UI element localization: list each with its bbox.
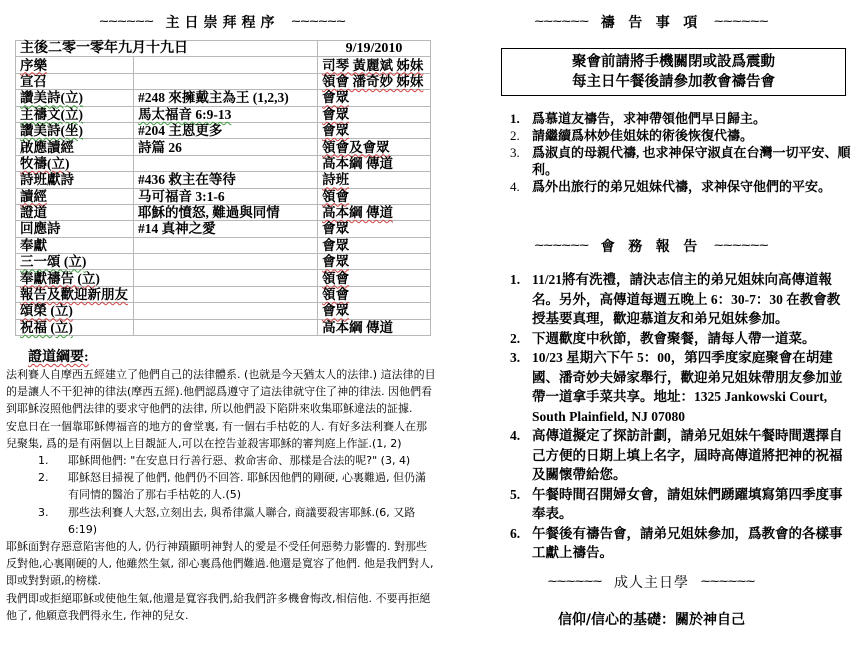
prayer-notice-box: 聚會前請將手機關閉或設爲震動 每主日午餐後請參加教會禱告會 <box>501 48 846 96</box>
order-leader: 會眾 <box>322 123 349 138</box>
item-number: 4. <box>510 426 520 446</box>
order-item: 牧禱(立) <box>20 156 70 171</box>
order-item: 宣召 <box>16 73 134 89</box>
outline-paragraph: 耶穌面對存惡意陷害他的人, 仍行神蹟顯明神對人的愛是不受任何惡勢力影響的. 對那… <box>6 538 436 590</box>
item-text: 高傳道擬定了探訪計劃，請弟兄姐妹午餐時間選擇自己方便的日期上填上名字，屆時高傳道… <box>532 428 843 482</box>
outline-points: 耶穌問他們: "在安息日行善行惡、救命害命、那樣是合法的呢?" (3, 4) 耶… <box>6 452 436 538</box>
announcements-header: ⁓⁓⁓⁓⁓⁓ 會 務 報 告 ⁓⁓⁓⁓⁓⁓ <box>440 236 863 256</box>
item-text: 10/23 星期六下午 5：00，第四季度家庭聚會在胡建國、潘奇妙夫婦家舉行，歡… <box>532 350 843 424</box>
table-header-row: 主後二零一零年九月十九日 9/19/2010 <box>16 41 431 57</box>
order-content <box>133 303 317 319</box>
right-column: ⁓⁓⁓⁓⁓⁓ 禱 告 事 項 ⁓⁓⁓⁓⁓⁓ 聚會前請將手機關閉或設爲震動 每主日… <box>440 0 863 653</box>
adult-school-header: ⁓⁓⁓⁓⁓⁓ 成人主日學 ⁓⁓⁓⁓⁓⁓ <box>440 572 863 592</box>
order-item: 回應詩 <box>16 221 134 237</box>
date: 9/19/2010 <box>318 41 431 57</box>
item-number: 5. <box>510 485 520 505</box>
order-leader: 會眾 <box>322 107 349 122</box>
item-number: 2. <box>510 329 520 349</box>
order-item: 讀經 <box>20 189 47 204</box>
ornament-right-icon: ⁓⁓⁓⁓⁓⁓ <box>292 17 346 27</box>
item-text: 爲外出旅行的弟兄姐妹代禱，求神保守他們的平安。 <box>532 179 831 194</box>
adult-school-title: 成人主日學 <box>614 572 689 592</box>
list-item: 3.10/23 星期六下午 5：00，第四季度家庭聚會在胡建國、潘奇妙夫婦家舉行… <box>510 348 850 426</box>
notice-line: 每主日午餐後請參加教會禱告會 <box>502 72 845 92</box>
item-number: 3. <box>510 144 520 161</box>
outline-point: 耶穌問他們: "在安息日行善行惡、救命害命、那樣是合法的呢?" (3, 4) <box>52 452 436 469</box>
table-row: 啟應讀經詩篇 26領會及會眾 <box>16 139 431 155</box>
order-leader: 詩班 <box>322 172 349 187</box>
outline-paragraph: 法利賽人自摩西五經建立了他們自己的法律體系. (也就是今天猶太人的法律.) 這法… <box>6 366 436 418</box>
list-item: 3.爲淑貞的母親代禱, 也求神保守淑貞在台灣一切平安、順利。 <box>510 144 855 178</box>
list-item: 4.爲外出旅行的弟兄姐妹代禱，求神保守他們的平安。 <box>510 178 855 195</box>
item-text: 爲淑貞的母親代禱, 也求神保守淑貞在台灣一切平安、順利。 <box>532 145 851 177</box>
order-content <box>133 286 317 302</box>
item-number: 4. <box>510 178 520 195</box>
table-row: 讚美詩(立)#248 來擁戴主為王 (1,2,3)會眾 <box>16 90 431 106</box>
table-row: 祝福 (立)高本綱 傳道 <box>16 319 431 335</box>
list-item: 2.請繼續爲林妙佳姐妹的術後恢復代禱。 <box>510 127 855 144</box>
outline-point: 耶穌怒目掃視了他們, 他們仍不回答. 耶穌因他們的剛硬, 心裏難過, 但仍滿有同… <box>52 469 436 503</box>
order-item: 詩班獻詩 <box>16 172 134 188</box>
item-text: 11/21將有洗禮，請決志信主的弟兄姐妹向高傳道報名。另外，高傳道每週五晚上 6… <box>532 272 840 326</box>
ornament-right-icon: ⁓⁓⁓⁓⁓⁓ <box>714 241 768 251</box>
ornament-left-icon: ⁓⁓⁓⁓⁓⁓ <box>535 241 589 251</box>
order-item: 報告及歡迎新朋友 <box>20 287 128 302</box>
item-text: 請繼續爲林妙佳姐妹的術後恢復代禱。 <box>532 128 753 143</box>
order-item: 奉獻 <box>16 237 134 253</box>
table-row: 主禱文(立)馬太福音 6:9-13會眾 <box>16 106 431 122</box>
table-row: 頌榮 (立)會眾 <box>16 303 431 319</box>
order-content <box>133 270 317 286</box>
table-row: 牧禱(立)高本綱 傳道 <box>16 155 431 171</box>
outline-paragraph: 安息日在一個靠耶穌傳福音的地方的會堂裏, 有一個右手枯乾的人. 有好多法利賽人在… <box>6 418 436 452</box>
order-content <box>133 254 317 270</box>
order-content: #436 救主在等待 <box>133 172 317 188</box>
order-leader: 會眾 <box>318 221 431 237</box>
table-row: 奉獻禱告 (立)領會 <box>16 270 431 286</box>
outline-paragraph: 我們即或拒絕耶穌或使他生氣,他還是寬容我們,給我們許多機會悔改,相信他. 不要再… <box>6 590 436 624</box>
item-number: 2. <box>510 127 520 144</box>
order-leader: 會眾 <box>318 237 431 253</box>
ornament-right-icon: ⁓⁓⁓⁓⁓⁓ <box>701 577 755 587</box>
list-item: 1.爲慕道友禱告，求神帶領他們早日歸主。 <box>510 110 855 127</box>
table-row: 詩班獻詩#436 救主在等待詩班 <box>16 172 431 188</box>
table-row: 回應詩#14 真神之愛會眾 <box>16 221 431 237</box>
list-item: 2.下週歡度中秋節，教會聚餐，請每人帶一道菜。 <box>510 329 850 349</box>
adult-school-topic: 信仰/信心的基礎：關於神自己 <box>440 609 863 629</box>
order-content <box>133 319 317 335</box>
list-item: 6.午餐後有禱告會，請弟兄姐妹參加，爲教會的各樣事工獻上禱告。 <box>510 524 850 563</box>
prayer-list: 1.爲慕道友禱告，求神帶領他們早日歸主。 2.請繼續爲林妙佳姐妹的術後恢復代禱。… <box>510 110 855 195</box>
table-row: 讚美詩(坐)#204 主恩更多會眾 <box>16 122 431 138</box>
order-content: 馬太福音 6:9-13 <box>138 107 231 122</box>
order-leader: 司琴 黃麗斌 姊妹 <box>322 58 423 73</box>
order-leader: 領會 <box>322 271 349 286</box>
announcements-list: 1.11/21將有洗禮，請決志信主的弟兄姐妹向高傳道報名。另外，高傳道每週五晚上… <box>510 270 850 563</box>
order-item: 證道 <box>16 204 134 220</box>
sermon-outline-heading: 證道綱要: <box>28 350 89 365</box>
item-number: 6. <box>510 524 520 544</box>
order-content <box>133 155 317 171</box>
worship-order-title: 主日崇拜程序 <box>166 12 280 32</box>
order-content: #248 來擁戴主為王 (1,2,3) <box>133 90 317 106</box>
order-content: #14 真神之愛 <box>133 221 317 237</box>
left-column: ⁓⁓⁓⁓⁓⁓ 主日崇拜程序 ⁓⁓⁓⁓⁓⁓ 主後二零一零年九月十九日 9/19/2… <box>0 0 440 653</box>
list-item: 5.午餐時間召開婦女會，請姐妹們踴躍填寫第四季度事奉表。 <box>510 485 850 524</box>
order-leader: 會眾 <box>322 303 349 318</box>
table-row: 報告及歡迎新朋友領會 <box>16 286 431 302</box>
order-leader: 高本綱 傳道 <box>322 205 393 220</box>
item-number: 1. <box>510 270 520 290</box>
worship-order-header: ⁓⁓⁓⁓⁓⁓ 主日崇拜程序 ⁓⁓⁓⁓⁓⁓ <box>15 12 430 32</box>
order-content: 詩篇 26 <box>133 139 317 155</box>
table-row: 序樂司琴 黃麗斌 姊妹 <box>16 57 431 73</box>
order-content <box>133 57 317 73</box>
outline-point: 那些法利賽人大怒,立刻出去, 與希律黨人聯合, 商議要殺害耶穌.(6, 又路 6… <box>52 504 436 538</box>
worship-order-table: 主後二零一零年九月十九日 9/19/2010 序樂司琴 黃麗斌 姊妹 宣召領會 … <box>15 40 431 336</box>
table-row: 讀經马可福音 3:1-6領會 <box>16 188 431 204</box>
order-content <box>133 73 317 89</box>
ornament-right-icon: ⁓⁓⁓⁓⁓⁓ <box>714 17 768 27</box>
order-item: 頌榮 (立) <box>20 303 73 318</box>
order-leader: 領會及會眾 <box>322 140 390 155</box>
item-text: 下週歡度中秋節，教會聚餐，請每人帶一道菜。 <box>532 331 816 346</box>
prayer-title: 禱 告 事 項 <box>601 12 703 32</box>
table-row: 宣召領會 潘奇妙 姊妹 <box>16 73 431 89</box>
order-item: 祝福 (立) <box>20 320 73 335</box>
order-leader: 領會 <box>322 189 349 204</box>
order-item: 奉獻禱告 (立) <box>20 271 100 286</box>
list-item: 1.11/21將有洗禮，請決志信主的弟兄姐妹向高傳道報名。另外，高傳道每週五晚上… <box>510 270 850 329</box>
list-item: 4.高傳道擬定了探訪計劃，請弟兄姐妹午餐時間選擇自己方便的日期上填上名字，屆時高… <box>510 426 850 485</box>
table-row: 三一頌 (立)會眾 <box>16 254 431 270</box>
order-item: 讚美詩(坐) <box>20 123 83 138</box>
item-text: 午餐後有禱告會，請弟兄姐妹參加，爲教會的各樣事工獻上禱告。 <box>532 526 843 561</box>
order-leader: 高本綱 傳道 <box>318 155 431 171</box>
order-item: 序樂 <box>20 58 47 73</box>
prayer-header: ⁓⁓⁓⁓⁓⁓ 禱 告 事 項 ⁓⁓⁓⁓⁓⁓ <box>440 12 863 32</box>
order-content <box>133 237 317 253</box>
order-item: 三一頌 (立) <box>20 254 86 269</box>
order-leader: 領會 潘奇妙 姊妹 <box>322 74 423 89</box>
date-chinese: 主後二零一零年九月十九日 <box>16 41 318 57</box>
announcements-title: 會 務 報 告 <box>601 236 703 256</box>
order-item: 讚美詩(立) <box>20 90 83 105</box>
ornament-left-icon: ⁓⁓⁓⁓⁓⁓ <box>100 17 154 27</box>
order-leader: 領會 <box>322 287 349 302</box>
order-content: 马可福音 3:1-6 <box>133 188 317 204</box>
item-number: 3. <box>510 348 520 368</box>
order-item: 啟應讀經 <box>16 139 134 155</box>
ornament-left-icon: ⁓⁓⁓⁓⁓⁓ <box>548 577 602 587</box>
order-leader: 會眾 <box>322 254 349 269</box>
sermon-outline: 證道綱要: 法利賽人自摩西五經建立了他們自己的法律體系. (也就是今天猶太人的法… <box>6 350 436 624</box>
order-content: 耶穌的憤怒, 難過與同情 <box>133 204 317 220</box>
order-item: 主禱文(立) <box>20 107 83 122</box>
order-leader: 高本綱 傳道 <box>318 319 431 335</box>
item-number: 1. <box>510 110 520 127</box>
order-content: #204 主恩更多 <box>133 122 317 138</box>
table-row: 奉獻會眾 <box>16 237 431 253</box>
notice-line: 聚會前請將手機關閉或設爲震動 <box>502 52 845 72</box>
item-text: 午餐時間召開婦女會，請姐妹們踴躍填寫第四季度事奉表。 <box>532 487 843 522</box>
table-row: 證道耶穌的憤怒, 難過與同情高本綱 傳道 <box>16 204 431 220</box>
ornament-left-icon: ⁓⁓⁓⁓⁓⁓ <box>535 17 589 27</box>
order-leader: 會眾 <box>322 90 349 105</box>
item-text: 爲慕道友禱告，求神帶領他們早日歸主。 <box>532 111 766 126</box>
